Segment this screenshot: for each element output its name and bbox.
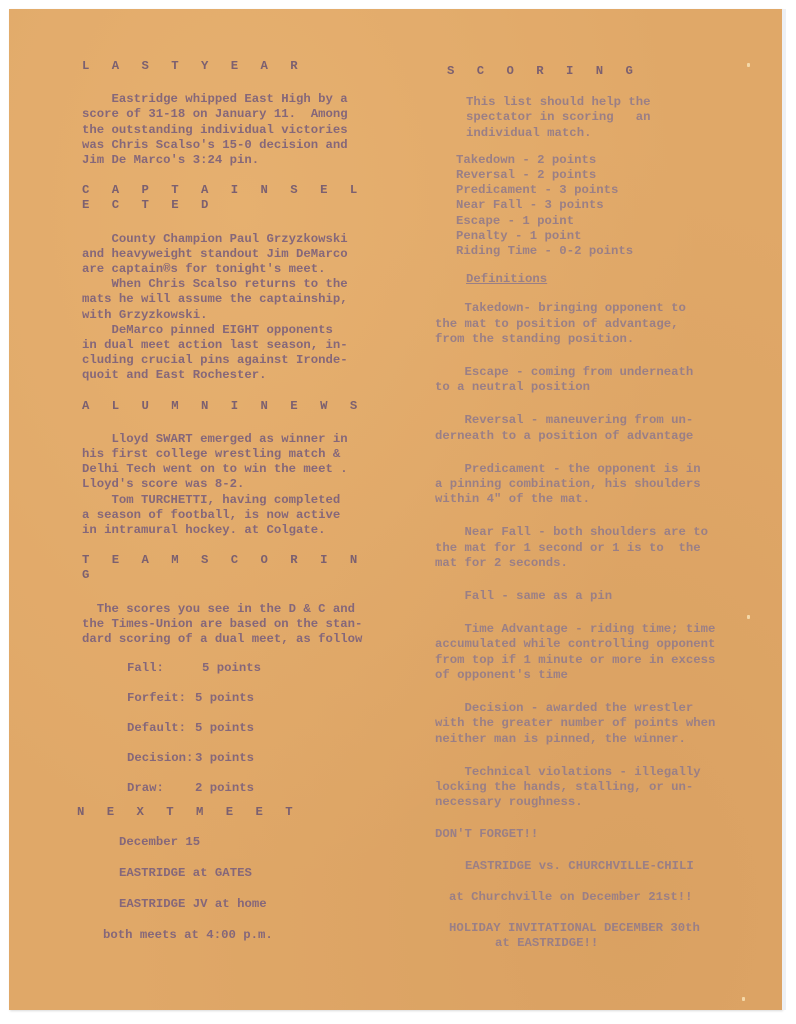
text-line: dard scoring of a dual meet, as follow	[82, 632, 392, 647]
points-value: 3 points	[195, 751, 254, 781]
text-line: Lloyd's score was 8-2.	[82, 477, 392, 492]
definition-item: Time Advantage - riding time; time accum…	[435, 622, 749, 683]
tournament-line: HOLIDAY INVITATIONAL DECEMBER 30th	[435, 921, 749, 936]
text-line: locking the hands, stalling, or un-	[435, 780, 749, 795]
scoring-intro: This list should help the spectator in s…	[439, 95, 749, 141]
text-line: Decision - awarded the wrestler	[435, 701, 749, 716]
text-line: mats he will assume the captainship,	[82, 292, 392, 307]
points-label: Default:	[127, 721, 195, 751]
section-heading: A L U M N I N E W S	[82, 399, 392, 414]
definition-item: Reversal - maneuvering from un- derneath…	[435, 413, 749, 443]
meet-time: both meets at 4:00 p.m.	[77, 928, 392, 943]
text-line: Escape - coming from underneath	[435, 365, 749, 380]
points-value: 5 points	[195, 721, 254, 751]
meet-date: December 15	[77, 835, 392, 866]
text-line: in dual meet action last season, in-	[82, 338, 392, 353]
points-label: Decision:	[127, 751, 195, 781]
text-line: mat for 2 seconds.	[435, 556, 749, 571]
text-line: the mat to position of advantage,	[435, 317, 749, 332]
text-line: The scores you see in the D & C and	[82, 602, 392, 617]
text-line: the outstanding individual victories	[82, 123, 392, 138]
definition-item: Predicament - the opponent is in a pinni…	[435, 462, 749, 508]
text-line: neither man is pinned, the winner.	[435, 732, 749, 747]
definition-item: Near Fall - both shoulders are to the ma…	[435, 525, 749, 571]
section-heading: T E A M S C O R I N G	[82, 553, 392, 583]
reminder-heading: DON'T FORGET!!	[435, 827, 749, 842]
text-line: with Grzyzkowski.	[82, 308, 392, 323]
definitions-section: Definitions Takedown- bringing opponent …	[435, 272, 749, 810]
team-scoring-section: T E A M S C O R I N G The scores you see…	[82, 553, 392, 805]
text-line: are captain®s for tonight's meet.	[82, 262, 392, 277]
text-line: quoit and East Rochester.	[82, 368, 392, 383]
text-line: from top if 1 minute or more in excess	[435, 653, 749, 668]
text-line: Time Advantage - riding time; time	[435, 622, 749, 637]
text-line: with the greater number of points when	[435, 716, 749, 731]
scoring-item: Near Fall - 3 points	[456, 198, 749, 213]
last-year-section: L A S T Y E A R Eastridge whipped East H…	[82, 59, 392, 168]
definition-item: Takedown- bringing opponent to the mat t…	[435, 301, 749, 347]
next-meet-section: N E X T M E E T December 15 EASTRIDGE at…	[77, 805, 392, 942]
text-line: derneath to a position of advantage	[435, 429, 749, 444]
text-line: individual match.	[466, 126, 749, 141]
upcoming-location: at Churchville on December 21st!!	[435, 890, 749, 905]
scoring-points-list: Takedown - 2 points Reversal - 2 points …	[439, 153, 749, 259]
points-label: Fall:	[127, 661, 202, 691]
section-heading: N E X T M E E T	[77, 805, 392, 820]
definition-item: Decision - awarded the wrestler with the…	[435, 701, 749, 747]
text-line: the Times-Union are based on the stan-	[82, 617, 392, 632]
captains-elected-section: C A P T A I N S E L E C T E D County Cha…	[82, 183, 392, 383]
text-line: Technical violations - illegally	[435, 765, 749, 780]
team-points-row: Decision: 3 points	[127, 751, 392, 781]
text-line: and heavyweight standout Jim DeMarco	[82, 247, 392, 262]
scoring-item: Riding Time - 0-2 points	[456, 244, 749, 259]
page-edge	[782, 9, 786, 1010]
text-line: spectator in scoring an	[466, 110, 749, 125]
text-line: in intramural hockey. at Colgate.	[82, 523, 392, 538]
points-label: Draw:	[127, 781, 195, 805]
scoring-item: Predicament - 3 points	[456, 183, 749, 198]
text-line: Predicament - the opponent is in	[435, 462, 749, 477]
text-line: accumulated while controlling opponent	[435, 637, 749, 652]
text-line: When Chris Scalso returns to the	[82, 277, 392, 292]
section-heading: C A P T A I N S E L E C T E D	[82, 183, 392, 213]
definition-item: Technical violations - illegally locking…	[435, 765, 749, 811]
text-line: of opponent's time	[435, 668, 749, 683]
alumni-news-section: A L U M N I N E W S Lloyd SWART emerged …	[82, 399, 392, 539]
team-points-row: Draw: 2 points	[127, 781, 392, 805]
text-line: a pinning combination, his shoulders	[435, 477, 749, 492]
scoring-item: Penalty - 1 point	[456, 229, 749, 244]
punch-mark	[742, 997, 745, 1001]
definition-item: Fall - same as a pin	[435, 589, 749, 604]
text-line: his first college wrestling match &	[82, 447, 392, 462]
left-column: L A S T Y E A R Eastridge whipped East H…	[82, 59, 392, 943]
upcoming-match: EASTRIDGE vs. CHURCHVILLE-CHILI	[435, 859, 749, 874]
text-line: cluding crucial pins against Ironde-	[82, 353, 392, 368]
text-line: score of 31-18 on January 11. Among	[82, 107, 392, 122]
text-line: within 4" of the mat.	[435, 492, 749, 507]
text-line: the mat for 1 second or 1 is to the	[435, 541, 749, 556]
scoring-section: S C O R I N G This list should help the …	[439, 64, 749, 259]
definitions-heading: Definitions	[435, 272, 749, 287]
text-line: Delhi Tech went on to win the meet .	[82, 462, 392, 477]
scoring-item: Escape - 1 point	[456, 214, 749, 229]
text-line: DeMarco pinned EIGHT opponents	[82, 323, 392, 338]
team-points-row: Forfeit: 5 points	[127, 691, 392, 721]
text-line: Reversal - maneuvering from un-	[435, 413, 749, 428]
text-line: necessary roughness.	[435, 795, 749, 810]
points-value: 2 points	[195, 781, 254, 805]
text-line: Jim De Marco's 3:24 pin.	[82, 153, 392, 168]
text-line: a season of football, is now active	[82, 508, 392, 523]
text-line: County Champion Paul Grzyzkowski	[82, 232, 392, 247]
text-line: Fall - same as a pin	[435, 589, 749, 604]
section-heading: L A S T Y E A R	[82, 59, 392, 74]
scoring-item: Takedown - 2 points	[456, 153, 749, 168]
typewritten-page: L A S T Y E A R Eastridge whipped East H…	[9, 9, 782, 1010]
points-label: Forfeit:	[127, 691, 195, 721]
tournament-line: at EASTRIDGE!!	[435, 936, 749, 951]
points-value: 5 points	[195, 691, 254, 721]
text-line: was Chris Scalso's 15-0 decision and	[82, 138, 392, 153]
team-points-row: Fall: 5 points	[127, 661, 392, 691]
right-column: S C O R I N G This list should help the …	[439, 64, 749, 951]
reminder-section: DON'T FORGET!! EASTRIDGE vs. CHURCHVILLE…	[435, 827, 749, 951]
team-points-row: Default: 5 points	[127, 721, 392, 751]
meet-jv: EASTRIDGE JV at home	[77, 897, 392, 928]
text-line: Near Fall - both shoulders are to	[435, 525, 749, 540]
text-line: Takedown- bringing opponent to	[435, 301, 749, 316]
text-line: This list should help the	[466, 95, 749, 110]
meet-varsity: EASTRIDGE at GATES	[77, 866, 392, 897]
points-value: 5 points	[202, 661, 261, 691]
text-line: to a neutral position	[435, 380, 749, 395]
text-line: Lloyd SWART emerged as winner in	[82, 432, 392, 447]
definition-item: Escape - coming from underneath to a neu…	[435, 365, 749, 395]
section-heading: S C O R I N G	[439, 64, 749, 79]
team-points-list: Fall: 5 points Forfeit: 5 points Default…	[82, 661, 392, 805]
text-line: Tom TURCHETTI, having completed	[82, 493, 392, 508]
text-line: from the standing position.	[435, 332, 749, 347]
text-line: Eastridge whipped East High by a	[82, 92, 392, 107]
scoring-item: Reversal - 2 points	[456, 168, 749, 183]
